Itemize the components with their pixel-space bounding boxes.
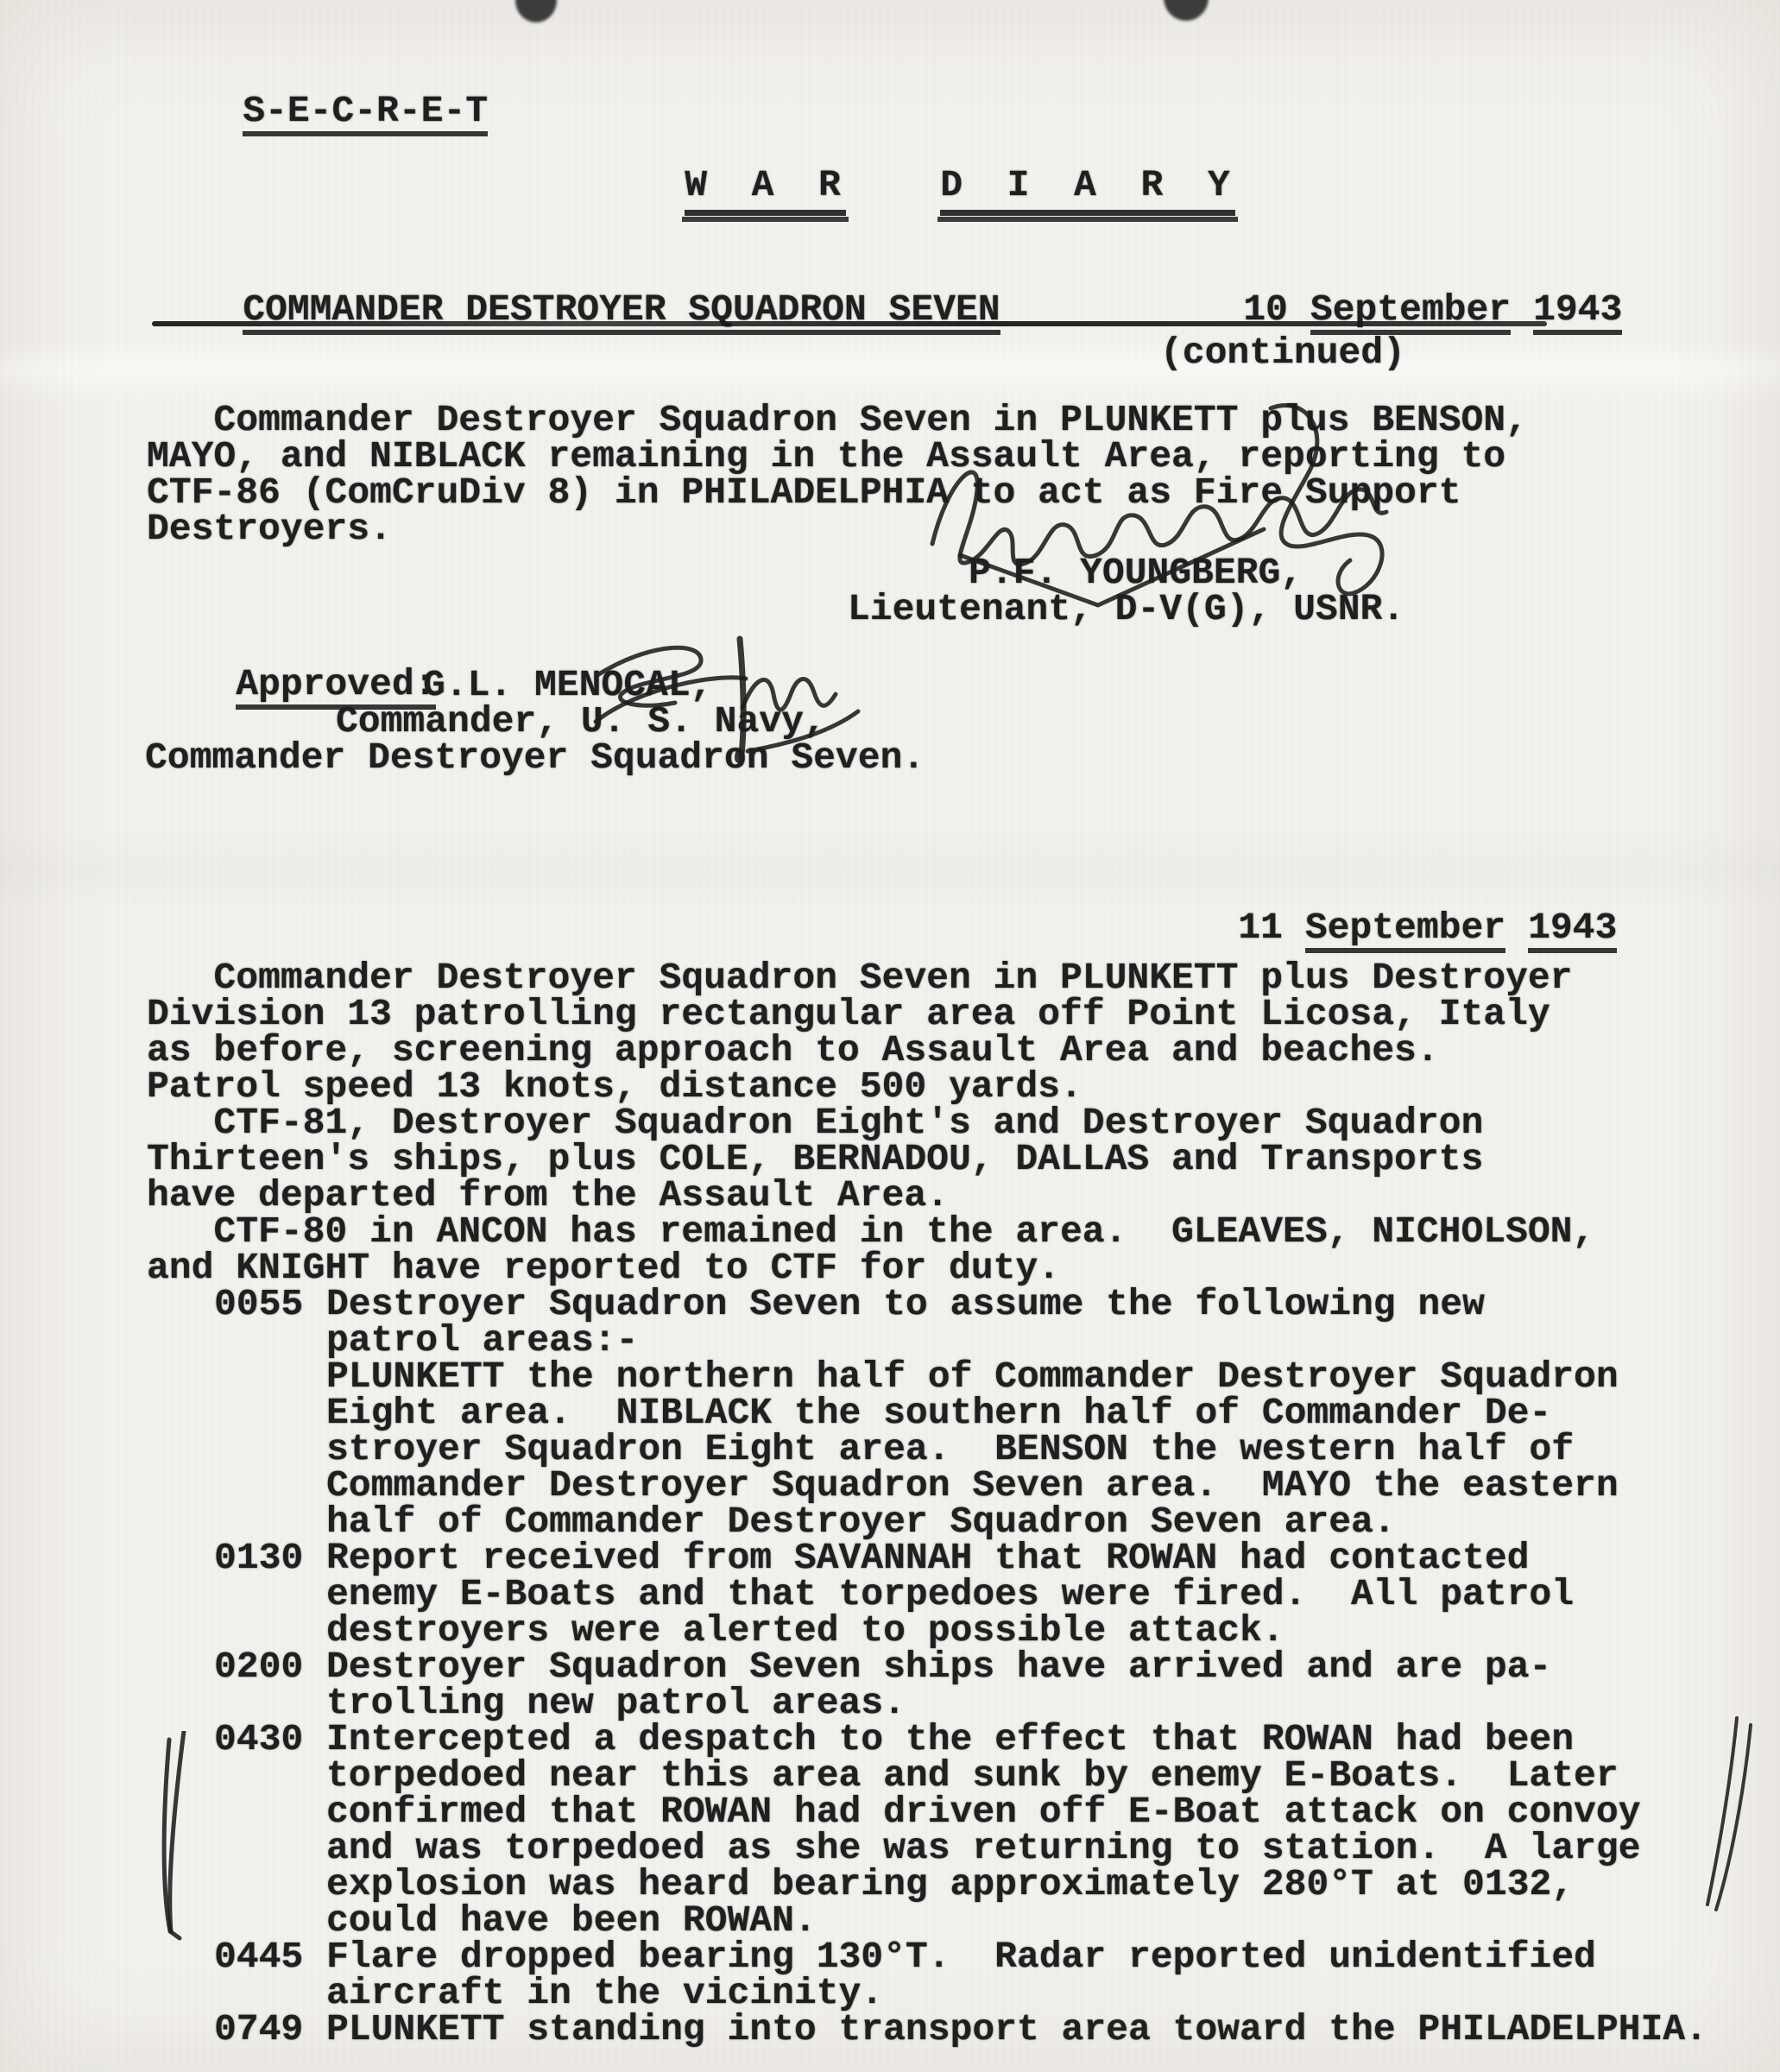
war-diary-page: S-E-C-R-E-T W A R D I A R Y COMMANDER DE… (0, 0, 1780, 2072)
log-entry-0430: 0430Intercepted a despatch to the effect… (214, 1721, 1640, 1939)
situation-paragraph: Commander Destroyer Squadron Seven in PL… (147, 960, 1594, 1286)
log-entry-0055: 0055Destroyer Squadron Seven to assume t… (214, 1286, 1619, 1540)
log-entry-0130: 0130Report received from SAVANNAH that R… (214, 1540, 1574, 1649)
title-word-diary: D I A R Y (940, 167, 1234, 216)
log-entry-0445: 0445Flare dropped bearing 130°T. Radar r… (214, 1939, 1596, 2012)
entry-text: Destroyer Squadron Seven to assume the f… (326, 1286, 1619, 1540)
section-date-day: 11 (1238, 906, 1283, 949)
page-title: W A R (596, 131, 846, 252)
punch-hole-right (1164, 0, 1209, 21)
entry-time: 0200 (214, 1649, 326, 1685)
log-entry-0749: 0749PLUNKETT standing into transport are… (214, 2012, 1707, 2048)
signed-name: P.F. YOUNGBERG, (969, 555, 1303, 591)
margin-mark-left (155, 1731, 195, 1942)
title-word-war: W A R (685, 167, 846, 216)
entry-time: 0130 (214, 1540, 326, 1576)
continued-note: (continued) (1160, 335, 1405, 371)
entry-text: Intercepted a despatch to the effect tha… (326, 1721, 1640, 1939)
entry-time: 0430 (214, 1721, 326, 1758)
header-rule (152, 321, 1547, 326)
entry-text: PLUNKETT standing into transport area to… (326, 2012, 1707, 2048)
classification-label: S-E-C-R-E-T (154, 57, 488, 173)
report-date-year: 1943 (1533, 292, 1622, 335)
signed-rank: Lieutenant, D-V(G), USNR. (848, 591, 1404, 628)
entry-time: 0445 (214, 1939, 326, 1975)
unit-title: COMMANDER DESTROYER SQUADRON SEVEN (154, 256, 1000, 371)
entry-text: Destroyer Squadron Seven ships have arri… (326, 1649, 1551, 1721)
approver-rank: Commander, U. S. Navy, (336, 704, 826, 740)
entry-time: 0749 (214, 2012, 326, 2048)
report-date-month: September (1310, 292, 1511, 335)
section-date-year: 1943 (1528, 910, 1617, 953)
page-title-2: D I A R Y (851, 131, 1235, 252)
approver-title: Commander Destroyer Squadron Seven. (145, 740, 925, 776)
punch-hole-left (515, 0, 557, 22)
entry-time: 0055 (214, 1286, 326, 1323)
log-entry-0200: 0200Destroyer Squadron Seven ships have … (214, 1649, 1551, 1721)
entry-text: Flare dropped bearing 130°T. Radar repor… (326, 1939, 1596, 2012)
section-date-month: September (1305, 910, 1505, 953)
approver-name: G.L. MENOCAL, (423, 667, 712, 704)
margin-mark-right (1701, 1716, 1758, 1915)
entry-text: Report received from SAVANNAH that ROWAN… (326, 1540, 1574, 1649)
